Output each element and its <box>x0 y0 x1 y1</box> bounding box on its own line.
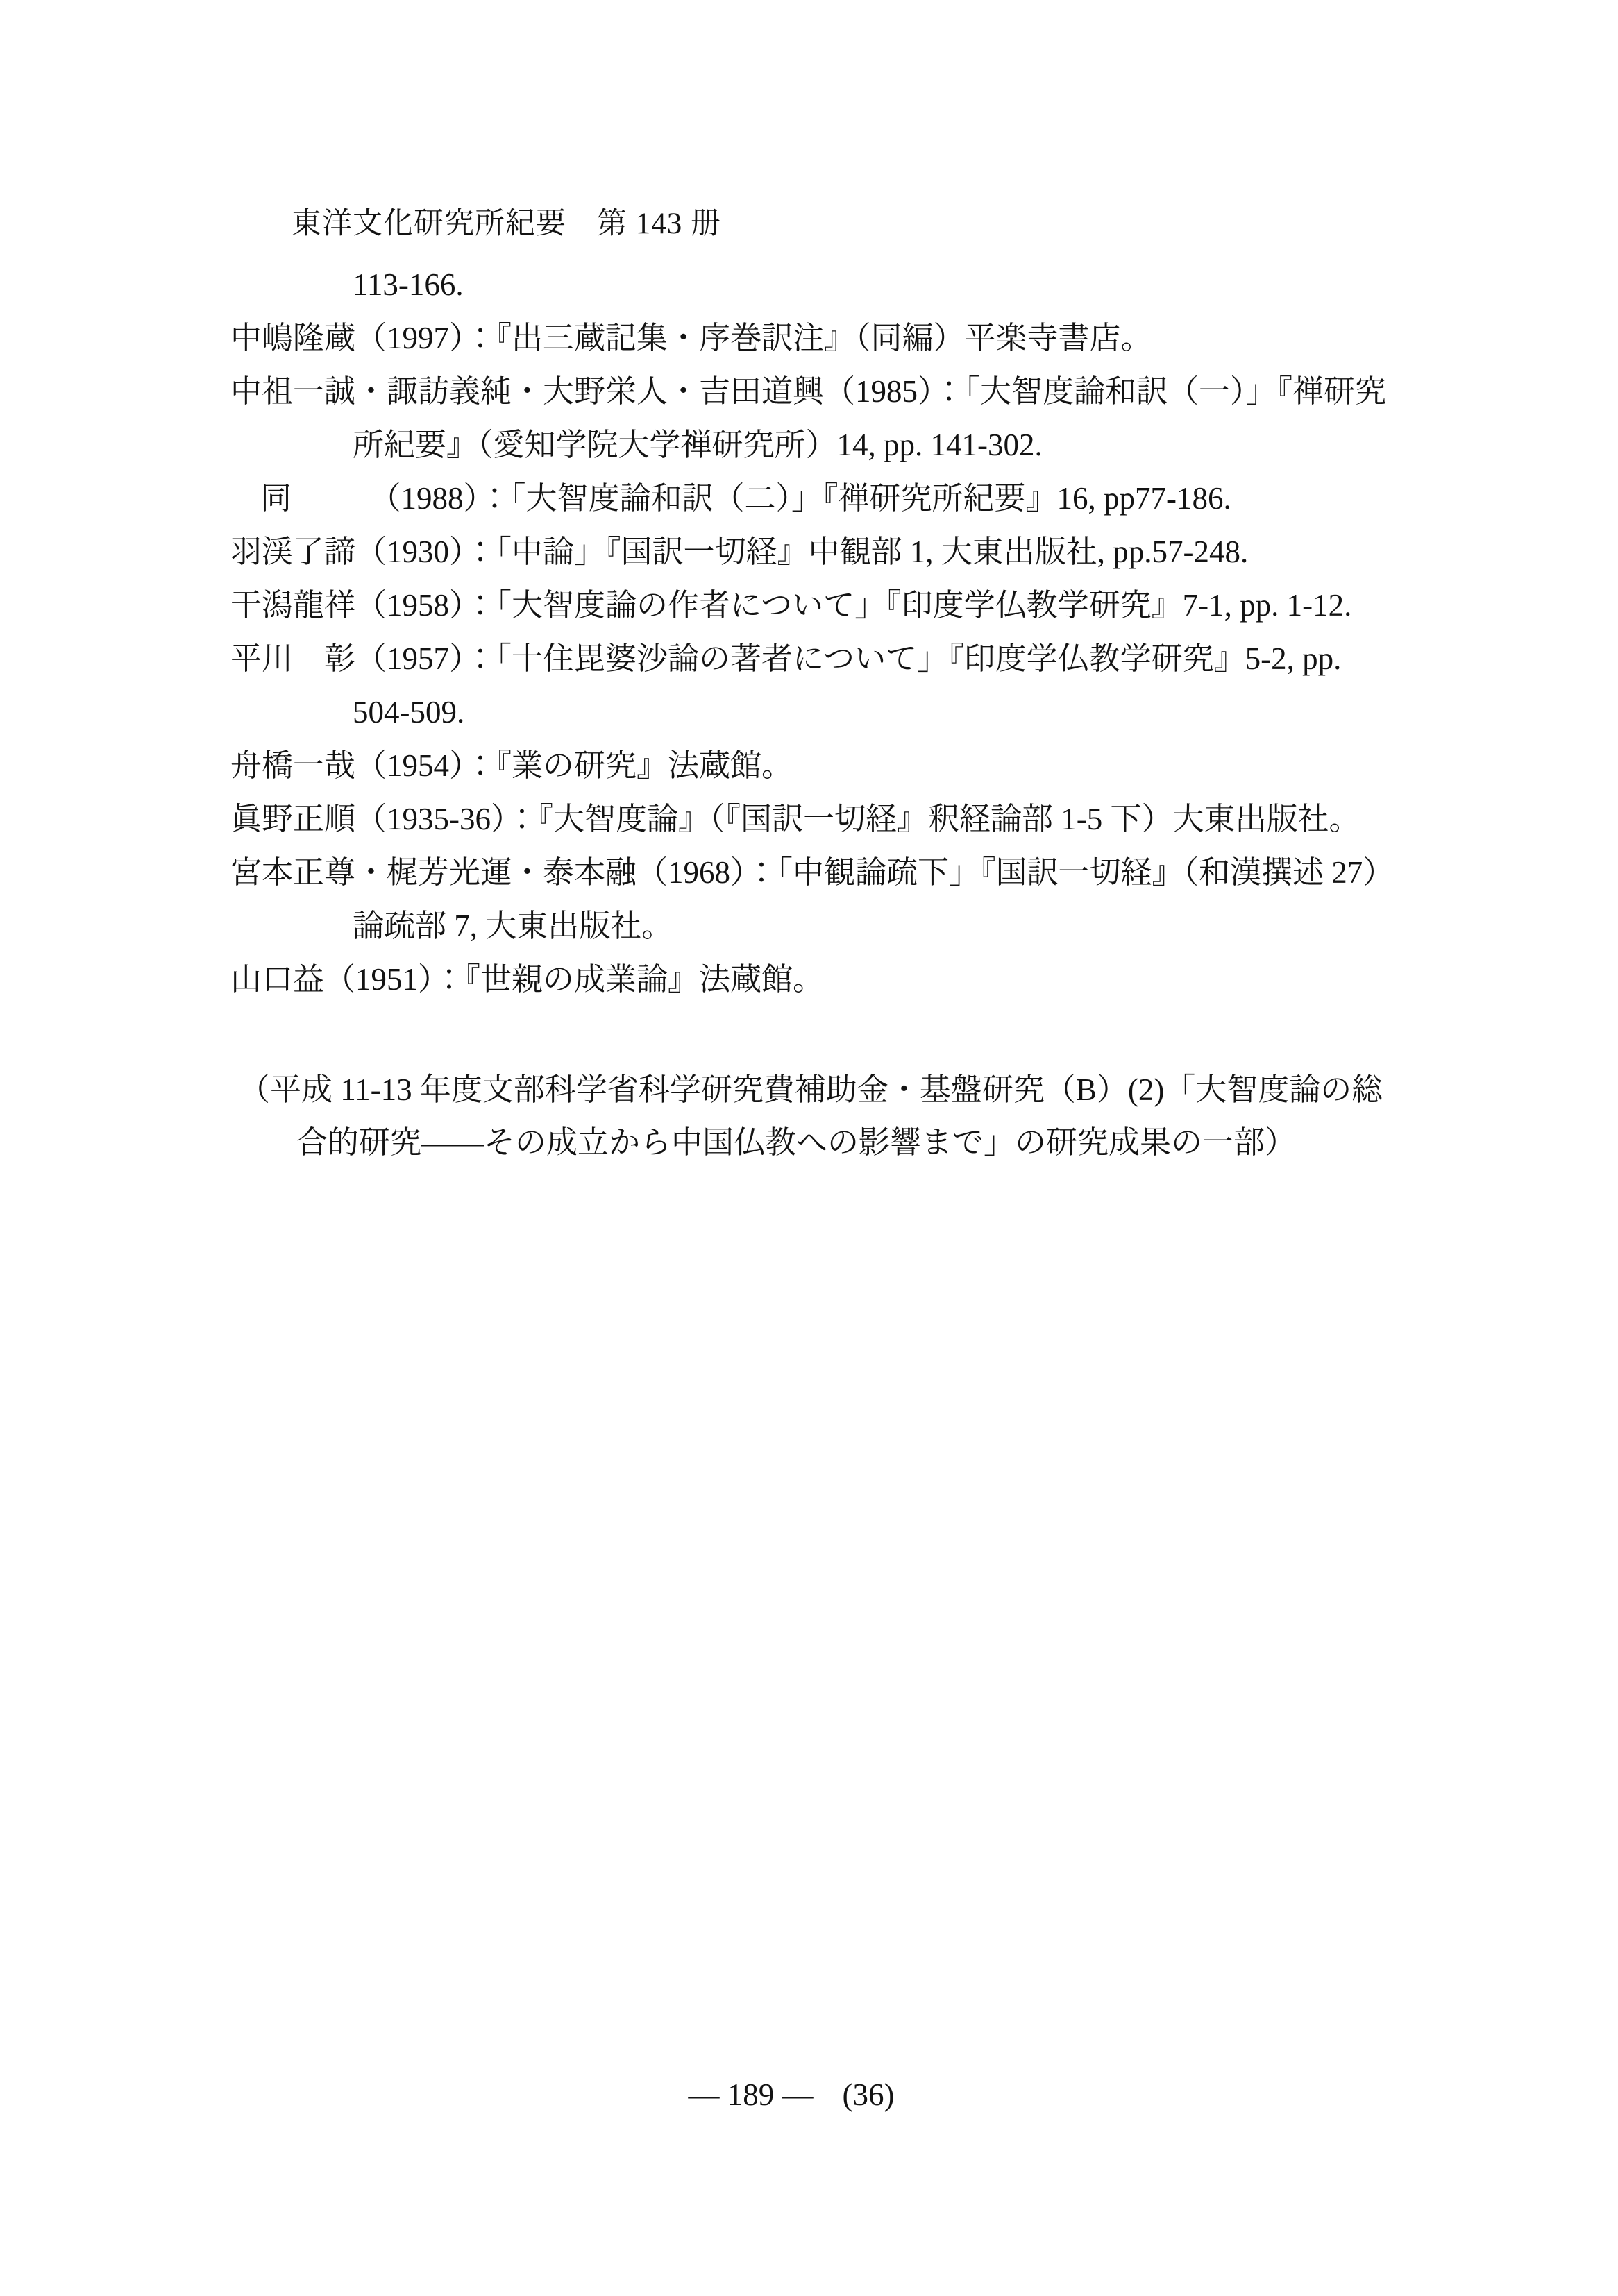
bibliography-line: 眞野正順（1935-36）：『大智度論』（『国訳一切経』釈経論部 1-5 下）大… <box>230 793 1424 846</box>
page-footer: — 189 —(36) <box>0 2077 1583 2113</box>
bibliography-line: 干潟龍祥（1958）：「大智度論の作者について」『印度学仏教学研究』7-1, p… <box>230 579 1424 632</box>
document-page: 東洋文化研究所紀要 第 143 册 113-166. 中嶋隆蔵（1997）：『出… <box>0 0 1618 2296</box>
page-number: — 189 — <box>689 2077 814 2112</box>
journal-header: 東洋文化研究所紀要 第 143 册 <box>292 200 721 242</box>
bibliography-line: 山口益（1951）：『世親の成業論』法蔵館。 <box>230 953 1424 1006</box>
bibliography-line: 所紀要』（愛知学院大学禅研究所）14, pp. 141-302. <box>230 419 1424 472</box>
bibliography-line: 宮本正尊・梶芳光運・泰本融（1968）：「中観論疏下」『国訳一切経』（和漢撰述 … <box>230 846 1424 900</box>
bibliography-line: 504-509. <box>230 686 1424 739</box>
bibliography-line: 舟橋一哉（1954）：『業の研究』法蔵館。 <box>230 739 1424 793</box>
bibliography-line: 論疏部 7, 大東出版社。 <box>230 900 1424 953</box>
folio-number: (36) <box>843 2077 895 2112</box>
bibliography-line: 平川 彰（1957）：「十住毘婆沙論の著者について」『印度学仏教学研究』5-2,… <box>230 632 1424 686</box>
bibliography-list: 113-166. 中嶋隆蔵（1997）：『出三蔵記集・序巻訳注』（同編）平楽寺書… <box>230 258 1424 1006</box>
acknowledgment-line: 合的研究——その成立から中国仏教への影響まで」の研究成果の一部） <box>230 1116 1424 1169</box>
bibliography-line: 同 （1988）：「大智度論和訳（二）」『禅研究所紀要』16, pp77-186… <box>230 472 1424 525</box>
acknowledgment-note: （平成 11-13 年度文部科学省科学研究費補助金・基盤研究（B）(2)「大智度… <box>230 1063 1424 1169</box>
acknowledgment-line: （平成 11-13 年度文部科学省科学研究費補助金・基盤研究（B）(2)「大智度… <box>230 1063 1424 1116</box>
bibliography-line: 113-166. <box>230 258 1424 312</box>
bibliography-line: 中嶋隆蔵（1997）：『出三蔵記集・序巻訳注』（同編）平楽寺書店。 <box>230 312 1424 365</box>
bibliography-line: 羽渓了諦（1930）：「中論」『国訳一切経』中観部 1, 大東出版社, pp.5… <box>230 525 1424 579</box>
bibliography-line: 中祖一誠・諏訪義純・大野栄人・吉田道興（1985）：「大智度論和訳（一）」『禅研… <box>230 365 1424 419</box>
